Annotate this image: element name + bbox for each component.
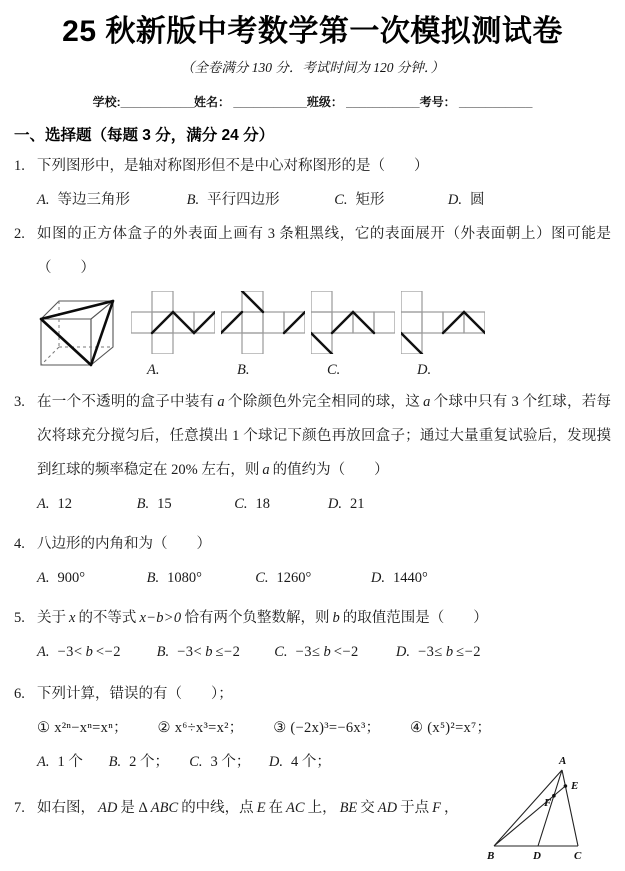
net-b-figure bbox=[221, 291, 305, 354]
name-label: 姓名： bbox=[194, 95, 230, 109]
question-1: 1. 下列图形中，是轴对称图形但不是中心对称图形的是（ ） A.等边三角形 B.… bbox=[14, 149, 611, 217]
class-blank: ___________ bbox=[346, 95, 419, 109]
cube-with-black-lines-figure bbox=[33, 291, 121, 367]
question-3: 3. 在一个不透明的盒子中装有a个除颜色外完全相同的球，这a个球中只有 3 个红… bbox=[14, 385, 611, 521]
question-2-text: 如图的正方体盒子的外表面上画有 3 条粗黑线，它的表面展开（外表面朝上）图可能是… bbox=[37, 217, 611, 285]
option-d: D.21 bbox=[328, 487, 365, 521]
cube-figure bbox=[33, 291, 121, 367]
question-7-figure: A B C D E F bbox=[472, 754, 592, 866]
question-3-options: A.12 B.15 C.18 D.21 bbox=[37, 487, 611, 521]
question-2: 2. 如图的正方体盒子的外表面上画有 3 条粗黑线，它的表面展开（外表面朝上）图… bbox=[14, 217, 611, 285]
option-a: A.−3<b<−2 bbox=[37, 635, 153, 669]
point-e-label: E bbox=[570, 780, 578, 792]
triangle-abc-figure: A B C D E F bbox=[472, 754, 592, 866]
question-5-text: 关于x的不等式x−b>0恰有两个负整数解，则b的取值范围是（ ） bbox=[37, 601, 611, 635]
option-d: D.−3≤b≤−2 bbox=[396, 635, 481, 669]
question-2-figures: A. B. bbox=[33, 291, 611, 379]
examno-label: 考号： bbox=[420, 95, 456, 109]
formula-3: ③ (−2x)³=−6x³； bbox=[273, 711, 380, 745]
school-label: 学校: bbox=[93, 95, 121, 109]
question-1-text: 下列图形中，是轴对称图形但不是中心对称图形的是（ ） bbox=[37, 149, 611, 183]
question-7-text: 如右图，AD是 ΔABC的中线，点E在AC上，BE交AD于点F， bbox=[37, 791, 477, 825]
question-6-number: 6. bbox=[14, 677, 37, 779]
option-a: A.1 个 bbox=[37, 745, 105, 779]
option-c: C.3 个； bbox=[189, 745, 265, 779]
formula-4: ④ (x⁵)²=x⁷； bbox=[410, 711, 491, 745]
net-option-a: A. bbox=[131, 291, 215, 379]
option-b: B.平行四边形 bbox=[187, 183, 331, 217]
question-2-number: 2. bbox=[14, 217, 37, 285]
question-6-text: 下列计算，错误的有（ ）； bbox=[37, 677, 611, 711]
question-4-options: A.900° B.1080° C.1260° D.1440° bbox=[37, 561, 611, 595]
question-list: 1. 下列图形中，是轴对称图形但不是中心对称图形的是（ ） A.等边三角形 B.… bbox=[14, 149, 611, 825]
question-7-number: 7. bbox=[14, 791, 37, 825]
option-c: C.−3≤b<−2 bbox=[274, 635, 392, 669]
option-b: B.2 个； bbox=[109, 745, 186, 779]
point-c-label: C bbox=[574, 850, 582, 862]
option-c: C.18 bbox=[234, 487, 324, 521]
net-option-b: B. bbox=[221, 291, 305, 379]
option-d: D.4 个； bbox=[269, 745, 331, 779]
option-c: C.矩形 bbox=[334, 183, 444, 217]
question-5-options: A.−3<b<−2 B.−3<b≤−2 C.−3≤b<−2 D.−3≤b≤−2 bbox=[37, 635, 611, 669]
option-a: A.900° bbox=[37, 561, 143, 595]
point-f-label: F bbox=[543, 797, 552, 809]
question-1-number: 1. bbox=[14, 149, 37, 217]
option-b: B.−3<b≤−2 bbox=[157, 635, 271, 669]
net-c-figure bbox=[311, 291, 395, 354]
option-c: C.1260° bbox=[255, 561, 367, 595]
exam-subtitle: （全卷满分 130 分．考试时间为 120 分钟．） bbox=[0, 59, 625, 77]
question-1-options: A.等边三角形 B.平行四边形 C.矩形 D.圆 bbox=[37, 183, 611, 217]
net-a-figure bbox=[131, 291, 215, 354]
question-3-text: 在一个不透明的盒子中装有a个除颜色外完全相同的球，这a个球中只有 3 个红球，若… bbox=[37, 385, 611, 487]
question-6-formulas: ① x²ⁿ−xⁿ=xⁿ； ② x⁶÷x³=x²； ③ (−2x)³=−6x³； … bbox=[37, 711, 611, 745]
net-c-label: C. bbox=[327, 361, 395, 379]
section-one-heading: 一、选择题（每题 3 分，满分 24 分） bbox=[14, 125, 625, 146]
formula-1: ① x²ⁿ−xⁿ=xⁿ； bbox=[37, 711, 128, 745]
option-a: A.等边三角形 bbox=[37, 183, 183, 217]
student-info-line: 学校:___________姓名： ___________班级： _______… bbox=[0, 94, 625, 110]
question-5: 5. 关于x的不等式x−b>0恰有两个负整数解，则b的取值范围是（ ） A.−3… bbox=[14, 601, 611, 669]
question-3-number: 3. bbox=[14, 385, 37, 521]
formula-2: ② x⁶÷x³=x²； bbox=[158, 711, 244, 745]
question-5-number: 5. bbox=[14, 601, 37, 669]
option-d: D.圆 bbox=[448, 183, 485, 217]
option-a: A.12 bbox=[37, 487, 133, 521]
point-d-label: D bbox=[532, 850, 541, 862]
name-blank: ___________ bbox=[233, 95, 306, 109]
school-blank: ___________ bbox=[121, 95, 194, 109]
examno-blank: ___________ bbox=[459, 95, 532, 109]
net-b-label: B. bbox=[237, 361, 305, 379]
question-4-number: 4. bbox=[14, 527, 37, 595]
option-d: D.1440° bbox=[371, 561, 428, 595]
question-4-text: 八边形的内角和为（ ） bbox=[37, 527, 611, 561]
point-a-label: A bbox=[558, 755, 566, 767]
option-b: B.1080° bbox=[147, 561, 252, 595]
net-d-label: D. bbox=[417, 361, 485, 379]
net-d-figure bbox=[401, 291, 485, 354]
page-title: 25 秋新版中考数学第一次模拟测试卷 bbox=[0, 13, 625, 50]
net-option-c: C. bbox=[311, 291, 395, 379]
exam-paper-page: 25 秋新版中考数学第一次模拟测试卷 （全卷满分 130 分．考试时间为 120… bbox=[0, 0, 625, 871]
option-b: B.15 bbox=[137, 487, 231, 521]
class-label: 班级： bbox=[307, 95, 343, 109]
net-option-d: D. bbox=[401, 291, 485, 379]
net-a-label: A. bbox=[147, 361, 215, 379]
point-b-label: B bbox=[486, 850, 494, 862]
question-4: 4. 八边形的内角和为（ ） A.900° B.1080° C.1260° D.… bbox=[14, 527, 611, 595]
